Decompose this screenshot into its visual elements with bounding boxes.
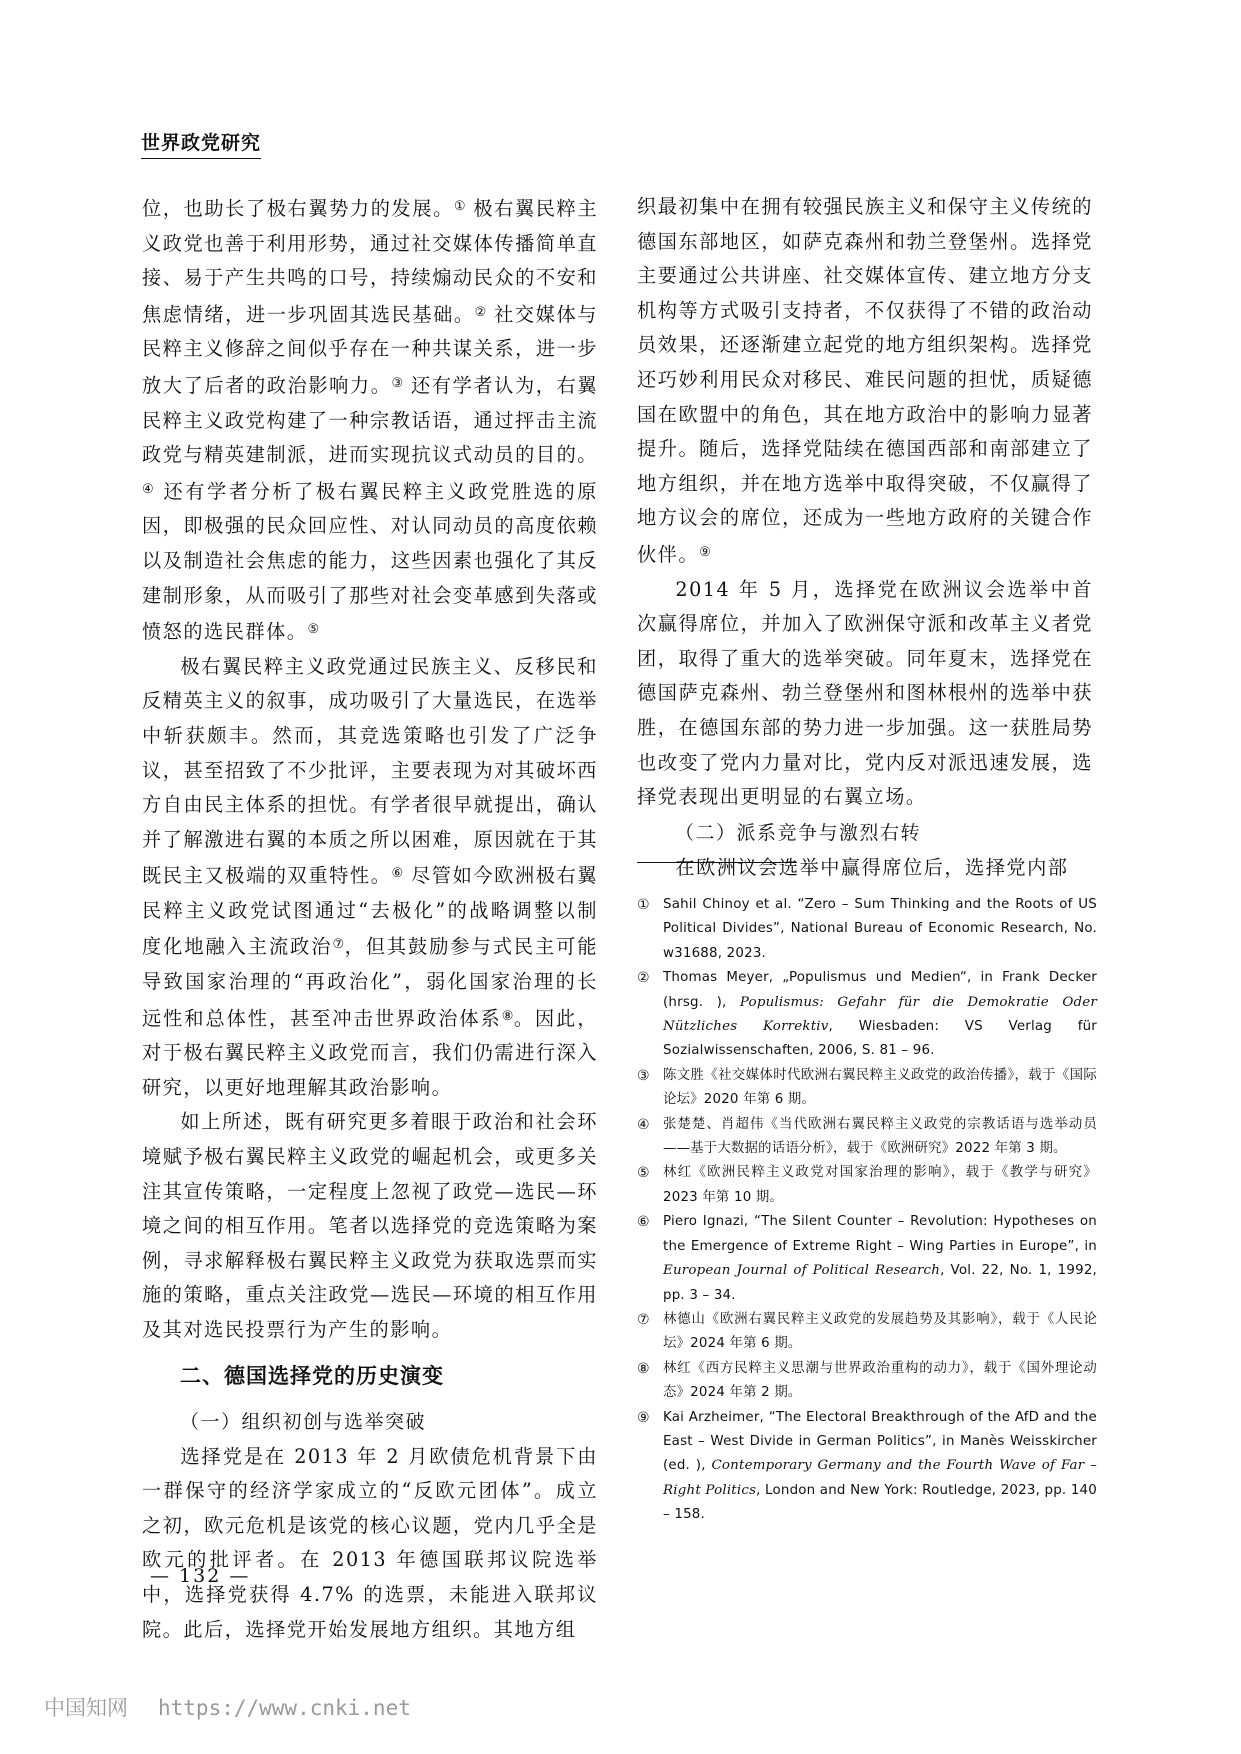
footnote-text: Sahil Chinoy et al. “Zero – Sum Thinking…: [663, 893, 1097, 966]
footnote-text: Kai Arzheimer, “The Electoral Breakthrou…: [663, 1406, 1097, 1528]
page-number: — 132 —: [150, 1565, 250, 1587]
footnote-text: 陈文胜《社交媒体时代欧洲右翼民粹主义政党的政治传播》，载于《国际论坛》2020 …: [663, 1064, 1097, 1113]
subsection-heading: （二）派系竞争与激烈右转: [637, 815, 1093, 851]
footnote-number: ⑨: [637, 1406, 663, 1528]
paragraph: 在欧洲议会选举中赢得席位后，选择党内部: [637, 851, 1093, 886]
footnote-ref[interactable]: ⑦: [332, 937, 344, 952]
footnote-ref[interactable]: ⑧: [502, 1009, 514, 1024]
footnote-number: ①: [637, 893, 663, 966]
paragraph: 极右翼民粹主义政党通过民族主义、反移民和反精英主义的叙事，成功吸引了大量选民，在…: [142, 650, 598, 1106]
footnote-divider: [637, 862, 797, 863]
footnote-ref[interactable]: ④: [142, 482, 155, 497]
right-column: 织最初集中在拥有较强民族主义和保守主义传统的德国东部地区，如萨克森州和勃兰登堡州…: [637, 190, 1093, 885]
footnote-ref[interactable]: ⑨: [699, 545, 711, 560]
paragraph: 如上所述，既有研究更多着眼于政治和社会环境赋予极右翼民粹主义政党的崛起机会，或更…: [142, 1105, 598, 1347]
journal-header: 世界政党研究: [141, 128, 261, 159]
footnote-ref[interactable]: ③: [392, 376, 404, 391]
footnote-text: Piero Ignazi, “The Silent Counter – Revo…: [663, 1210, 1097, 1308]
footnotes: ①Sahil Chinoy et al. “Zero – Sum Thinkin…: [637, 893, 1097, 1528]
footnote-number: ②: [637, 966, 663, 1064]
footnote-text: 林德山《欧洲右翼民粹主义政党的发展趋势及其影响》，载于《人民论坛》2024 年第…: [663, 1308, 1097, 1357]
section-heading: 二、德国选择党的历史演变: [142, 1356, 598, 1396]
footnote-item: ⑨Kai Arzheimer, “The Electoral Breakthro…: [637, 1406, 1097, 1528]
paragraph: 选择党是在 2013 年 2 月欧债危机背景下由一群保守的经济学家成立的“反欧元…: [142, 1440, 598, 1648]
footnote-item: ⑥Piero Ignazi, “The Silent Counter – Rev…: [637, 1210, 1097, 1308]
left-column: 位，也助长了极右翼势力的发展。① 极右翼民粹主义政党也善于利用形势，通过社交媒体…: [142, 190, 598, 1647]
footnote-number: ③: [637, 1064, 663, 1113]
footnote-ref[interactable]: ⑤: [308, 622, 320, 637]
footnote-number: ⑥: [637, 1210, 663, 1308]
footnote-item: ①Sahil Chinoy et al. “Zero – Sum Thinkin…: [637, 893, 1097, 966]
watermark-brand: 中国知网: [44, 1696, 128, 1720]
footnote-text: Thomas Meyer, „Populismus und Medien“, i…: [663, 966, 1097, 1064]
text: 织最初集中在拥有较强民族主义和保守主义传统的德国东部地区，如萨克森州和勃兰登堡州…: [637, 195, 1093, 566]
text: 位，也助长了极右翼势力的发展。: [142, 197, 454, 220]
footnote-item: ⑦林德山《欧洲右翼民粹主义政党的发展趋势及其影响》，载于《人民论坛》2024 年…: [637, 1308, 1097, 1357]
watermark: 中国知网https://www.cnki.net: [44, 1692, 411, 1722]
footnote-item: ⑧林红《西方民粹主义思潮与世界政治重构的动力》，载于《国外理论动态》2024 年…: [637, 1357, 1097, 1406]
footnote-item: ②Thomas Meyer, „Populismus und Medien“, …: [637, 966, 1097, 1064]
footnote-item: ③陈文胜《社交媒体时代欧洲右翼民粹主义政党的政治传播》，载于《国际论坛》2020…: [637, 1064, 1097, 1113]
subsection-heading: （一）组织初创与选举突破: [142, 1404, 598, 1440]
footnote-text: 张楚楚、肖超伟《当代欧洲右翼民粹主义政党的宗教话语与选举动员——基于大数据的话语…: [663, 1113, 1097, 1162]
text: Piero Ignazi, “The Silent Counter – Revo…: [663, 1214, 1097, 1253]
footnote-text: 林红《欧洲民粹主义政党对国家治理的影响》，载于《教学与研究》2023 年第 10…: [663, 1161, 1097, 1210]
footnote-item: ⑤林红《欧洲民粹主义政党对国家治理的影响》，载于《教学与研究》2023 年第 1…: [637, 1161, 1097, 1210]
footnote-ref[interactable]: ⑥: [392, 866, 404, 881]
footnote-number: ⑤: [637, 1161, 663, 1210]
paragraph: 织最初集中在拥有较强民族主义和保守主义传统的德国东部地区，如萨克森州和勃兰登堡州…: [637, 190, 1093, 573]
paragraph: 位，也助长了极右翼势力的发展。① 极右翼民粹主义政党也善于利用形势，通过社交媒体…: [142, 190, 598, 650]
footnote-ref[interactable]: ②: [475, 305, 487, 320]
footnote-ref[interactable]: ①: [454, 199, 466, 214]
footnote-item: ④张楚楚、肖超伟《当代欧洲右翼民粹主义政党的宗教话语与选举动员——基于大数据的话…: [637, 1113, 1097, 1162]
footnote-number: ⑦: [637, 1308, 663, 1357]
journal-title: European Journal of Political Research: [663, 1263, 940, 1278]
footnote-number: ⑧: [637, 1357, 663, 1406]
footnote-number: ④: [637, 1113, 663, 1162]
text: 还有学者分析了极右翼民粹主义政党胜选的原因，即极强的民众回应性、对认同动员的高度…: [142, 480, 598, 643]
text: 极右翼民粹主义政党通过民族主义、反移民和反精英主义的叙事，成功吸引了大量选民，在…: [142, 655, 598, 888]
footnote-text: 林红《西方民粹主义思潮与世界政治重构的动力》，载于《国外理论动态》2024 年第…: [663, 1357, 1097, 1406]
watermark-url[interactable]: https://www.cnki.net: [158, 1696, 411, 1720]
paragraph: 2014 年 5 月，选择党在欧洲议会选举中首次赢得席位，并加入了欧洲保守派和改…: [637, 573, 1093, 815]
